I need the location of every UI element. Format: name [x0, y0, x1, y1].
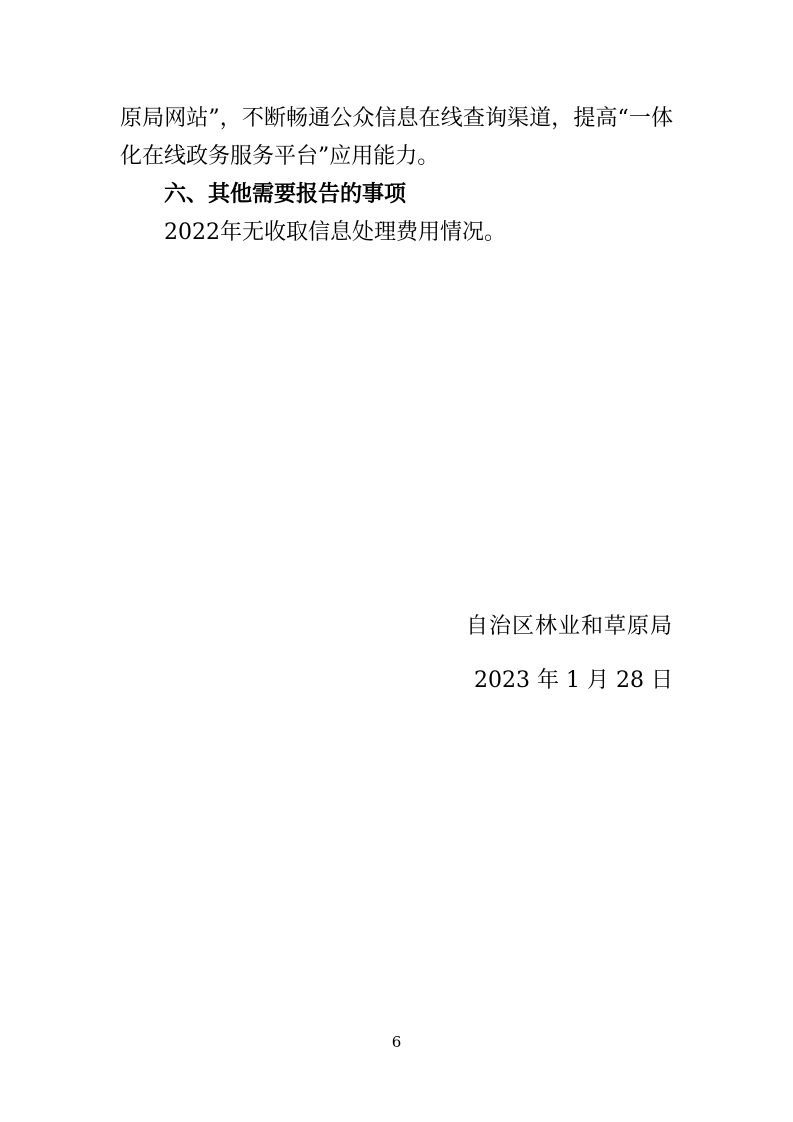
document-body: 原局网站”，不断畅通公众信息在线查询渠道，提高“一体 化在线政务服务平台”应用能…	[120, 100, 673, 252]
signature-date: 2023 年 1 月 28 日	[466, 662, 673, 700]
page-number: 6	[0, 1033, 793, 1051]
paragraph-continuation-line1: 原局网站”，不断畅通公众信息在线查询渠道，提高“一体	[120, 100, 673, 138]
paragraph-continuation-line2: 化在线政务服务平台”应用能力。	[120, 138, 673, 176]
section-paragraph: 2022年无收取信息处理费用情况。	[120, 214, 673, 252]
section-heading: 六、其他需要报告的事项	[120, 176, 673, 214]
signature-block: 自治区林业和草原局 2023 年 1 月 28 日	[466, 608, 673, 700]
document-page: 原局网站”，不断畅通公众信息在线查询渠道，提高“一体 化在线政务服务平台”应用能…	[0, 0, 793, 1122]
signature-organization: 自治区林业和草原局	[466, 608, 673, 646]
